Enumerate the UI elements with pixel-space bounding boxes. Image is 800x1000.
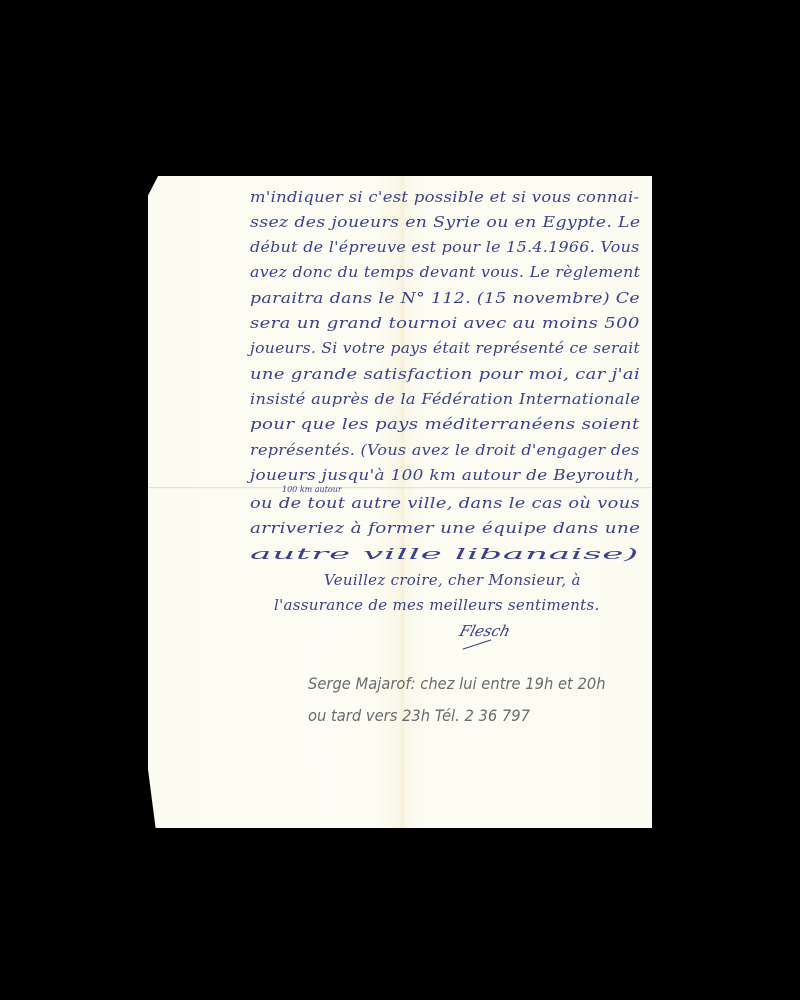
letter-line: joueurs. Si votre pays était représenté … <box>250 339 640 357</box>
pencil-note-line: Serge Majarof: chez lui entre 19h et 20h <box>308 674 606 693</box>
signature-flourish <box>463 639 492 649</box>
letter-line: ou de tout autre ville, dans le cas où v… <box>250 494 640 512</box>
letter-page: m'indiquer si c'est possible et si vous … <box>148 176 652 828</box>
letter-line: début de l'épreuve est pour le 15.4.1966… <box>250 238 640 256</box>
letter-line: m'indiquer si c'est possible et si vous … <box>250 188 639 206</box>
letter-line: représentés. (Vous avez le droit d'engag… <box>250 441 640 459</box>
letter-line: joueurs jusqu'à 100 km autour de Beyrout… <box>250 466 640 484</box>
letter-line: une grande satisfaction pour moi, car j'… <box>250 365 640 383</box>
closing-line: l'assurance de mes meilleurs sentiments. <box>274 596 600 614</box>
signature: Flesch <box>458 622 513 640</box>
closing-line: Veuillez croire, cher Monsieur, à <box>324 571 581 589</box>
letter-line: paraitra dans le N° 112. (15 novembre) C… <box>250 289 640 307</box>
interlinear-insert: 100 km autour <box>282 485 342 494</box>
letter-line: autre ville libanaise) <box>250 545 639 563</box>
pencil-note-line: ou tard vers 23h Tél. 2 36 797 <box>308 706 530 725</box>
letter-line: ssez des joueurs en Syrie ou en Egypte. … <box>250 213 640 231</box>
letter-line: arriveriez à former une équipe dans une <box>250 519 640 537</box>
letter-line: avez donc du temps devant vous. Le règle… <box>250 263 640 281</box>
letter-line: pour que les pays méditerranéens soient <box>250 415 640 433</box>
letter-line: insisté auprès de la Fédération Internat… <box>250 390 640 408</box>
letter-line: sera un grand tournoi avec au moins 500 <box>250 314 640 332</box>
